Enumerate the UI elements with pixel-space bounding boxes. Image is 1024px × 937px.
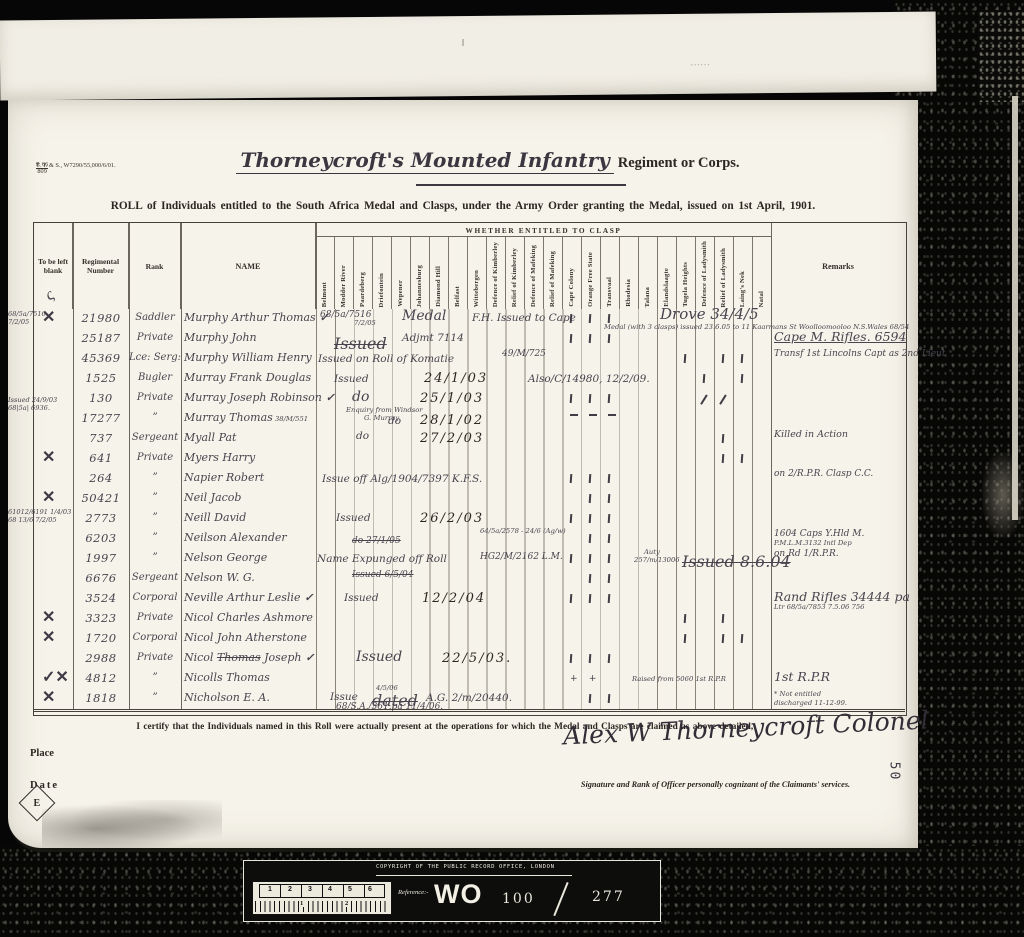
clasp-tick bbox=[570, 414, 578, 416]
clasp-tick bbox=[721, 434, 723, 443]
ruler-inch-scale: 12 bbox=[255, 901, 389, 912]
cell-rank: Private bbox=[129, 452, 181, 463]
cell-regimental-number: 3524 bbox=[73, 591, 129, 605]
table-row: 2988PrivateNicol Thomas Joseph ✓Issued22… bbox=[34, 649, 906, 669]
inscription: HG2/M/2162 L.M. bbox=[480, 552, 563, 562]
table-row: ✕3323PrivateNicol Charles Ashmore bbox=[34, 609, 906, 629]
inscription: Issued bbox=[344, 592, 379, 604]
inscription: Issue off Alg/1904/7397 K.F.S. bbox=[322, 473, 482, 485]
margin-note: Issued 24/9/0368|5a| 6936. bbox=[8, 396, 57, 412]
blank-column-mark: ✕ bbox=[42, 447, 55, 467]
clasp-tick: + bbox=[570, 674, 578, 684]
clasp-tick bbox=[683, 614, 685, 623]
remark-line: on 2/R.P.R. Clasp C.C. bbox=[774, 470, 905, 479]
clasp-tick bbox=[570, 394, 572, 403]
clasp-column: Johannesburg bbox=[410, 237, 429, 309]
cell-rank: ” bbox=[129, 532, 181, 543]
cell-rank: ” bbox=[129, 492, 181, 503]
ruler-inch-number: 2 bbox=[344, 900, 349, 907]
inscription: do bbox=[356, 430, 369, 442]
clasp-label: Defence of Ladysmith bbox=[702, 241, 709, 307]
ruler-cm-number: 1 bbox=[268, 886, 272, 893]
clasp-label: Elandslaagte bbox=[664, 268, 671, 307]
band-mark: ‖ bbox=[462, 38, 465, 49]
clasp-column: Modder River bbox=[334, 237, 353, 309]
cell-regimental-number: 6203 bbox=[73, 531, 129, 545]
inscription: 12/2/04 bbox=[422, 591, 486, 606]
margin-note-line: Issued 24/9/03 bbox=[8, 396, 57, 404]
cell-rank: ” bbox=[129, 692, 181, 703]
cell-regimental-number: 6676 bbox=[73, 571, 129, 585]
header-remarks: Remarks bbox=[771, 223, 905, 309]
remark-line: 1st R.P.R bbox=[774, 670, 905, 683]
margin-note-line: 68 13/6 7/2/05 bbox=[8, 516, 71, 524]
copyright-underline bbox=[376, 875, 572, 876]
blank-column-mark: ✕ bbox=[42, 687, 55, 707]
clasp-label: Driefontein bbox=[379, 273, 386, 307]
table-row: 6203”Neilson Alexanderdo 27/1/0564/5a/25… bbox=[34, 529, 906, 549]
medal-roll-table: WHETHER ENTITLED TO CLASP BelmontModder … bbox=[33, 222, 907, 716]
cell-rank: Corporal bbox=[129, 632, 181, 643]
table-row: 1997”Nelson GeorgeName Expunged off Roll… bbox=[34, 549, 906, 569]
table-row: ✕50421”Neil Jacob bbox=[34, 489, 906, 509]
ruler: 123456 12 bbox=[252, 881, 392, 915]
remark-line: Cape M. Rifles. 6594 bbox=[774, 330, 905, 343]
clasp-label: Tugela Heights bbox=[683, 262, 690, 307]
name-text: Nicol Charles Ashmore bbox=[184, 611, 313, 624]
clasp-tick bbox=[721, 354, 723, 363]
remarks-cell: on 2/R.P.R. Clasp C.C. bbox=[774, 470, 905, 479]
clasp-tick bbox=[589, 334, 591, 343]
inscription: Medal bbox=[402, 308, 446, 324]
clasp-label: Wepener bbox=[398, 280, 405, 307]
cell-regimental-number: 1525 bbox=[73, 371, 129, 385]
inscription: Drove 34/4/5 bbox=[660, 305, 759, 323]
clasp-tick bbox=[608, 334, 610, 343]
cell-name: Myers Harry bbox=[184, 451, 324, 464]
clasp-tick bbox=[740, 454, 742, 463]
clasp-tick bbox=[608, 554, 610, 563]
clasp-tick bbox=[608, 514, 610, 523]
name-text: Neville Arthur Leslie bbox=[184, 591, 300, 604]
ruler-cm-number: 6 bbox=[368, 886, 372, 893]
clasp-column: Defence of Mafeking bbox=[524, 237, 543, 309]
clasp-label: Cape Colony bbox=[569, 268, 576, 307]
clasp-tick bbox=[589, 394, 591, 403]
name-text: Neill David bbox=[184, 511, 246, 524]
reference-slash bbox=[553, 882, 568, 916]
table-row: 25187PrivateMurphy JohnIssuedAdjmt 7114C… bbox=[34, 329, 906, 349]
margin-note: 61012/6191 1/4/0368 13/6 7/2/05 bbox=[8, 508, 71, 524]
clasp-label: Paardeberg bbox=[360, 272, 367, 307]
clasp-tick bbox=[721, 454, 723, 463]
table-row: 2773”Neill DavidIssued26/2/03 bbox=[34, 509, 906, 529]
cell-name: Nelson W. G. bbox=[184, 571, 324, 584]
ruler-cm-number: 4 bbox=[328, 886, 332, 893]
cell-rank: Private bbox=[129, 392, 181, 403]
cell-name: Nicol John Atherstone bbox=[184, 631, 324, 644]
name-text: Neil Jacob bbox=[184, 491, 241, 504]
clasp-tick bbox=[608, 594, 610, 603]
title-underline bbox=[416, 184, 626, 186]
inscription: 49/M/725 bbox=[502, 349, 546, 359]
cell-rank: ” bbox=[129, 472, 181, 483]
ruler-cm-number: 5 bbox=[348, 886, 352, 893]
clasp-tick bbox=[700, 394, 707, 404]
clasp-tick: + bbox=[589, 674, 597, 684]
cell-rank: ” bbox=[129, 552, 181, 563]
cell-name: Neil Jacob bbox=[184, 491, 324, 504]
regiment-title-script: Thorneycroft's Mounted Infantry bbox=[236, 148, 613, 174]
cell-regimental-number: 50421 bbox=[73, 491, 129, 505]
cell-name: Napier Robert bbox=[184, 471, 324, 484]
clasp-column: Natal bbox=[752, 237, 771, 309]
header-name: NAME bbox=[181, 223, 316, 309]
clasp-tick bbox=[589, 554, 591, 563]
name-text: Napier Robert bbox=[184, 471, 264, 484]
cell-regimental-number: 3323 bbox=[73, 611, 129, 625]
clasp-column: Cape Colony bbox=[562, 237, 581, 309]
piece-number: 100 bbox=[502, 891, 535, 907]
remark-line: * Not entitled bbox=[774, 690, 905, 699]
cell-name: Myall Pat bbox=[184, 431, 324, 444]
remarks-cell: Cape M. Rifles. 6594 bbox=[774, 330, 905, 343]
cell-name: Nicholson E. A. bbox=[184, 691, 324, 704]
clasp-label: Defence of Mafeking bbox=[531, 245, 538, 307]
clasp-tick bbox=[702, 374, 704, 383]
table-row: ✕641PrivateMyers Harry bbox=[34, 449, 906, 469]
cell-regimental-number: 25187 bbox=[73, 331, 129, 345]
cell-rank: Private bbox=[129, 332, 181, 343]
clasp-column: Tugela Heights bbox=[676, 237, 695, 309]
inscription: do bbox=[388, 415, 401, 427]
name-text: Murray Frank Douglas bbox=[184, 371, 311, 384]
stamp-letter: E bbox=[34, 797, 41, 808]
blank-column-mark: ✓✕ bbox=[42, 667, 69, 687]
cell-name: Murray Frank Douglas bbox=[184, 371, 324, 384]
remark-line: Killed in Action bbox=[774, 430, 905, 439]
cell-regimental-number: 21980 bbox=[73, 311, 129, 325]
cell-regimental-number: 737 bbox=[73, 431, 129, 445]
name-text: Nicholson E. A. bbox=[184, 691, 270, 704]
clasp-tick bbox=[608, 314, 610, 323]
inscription: Adjmt 7114 bbox=[402, 332, 464, 344]
inscription: Name Expunged off Roll bbox=[317, 553, 447, 565]
cell-name: Nicolls Thomas bbox=[184, 671, 324, 684]
cell-rank: Corporal bbox=[129, 592, 181, 603]
clasp-tick bbox=[570, 654, 572, 663]
table-row: 6676SergeantNelson W. G.Issued 6/5/04 bbox=[34, 569, 906, 589]
cell-name: Murray Joseph Robinson ✓ bbox=[184, 391, 324, 404]
cell-regimental-number: 17277 bbox=[73, 411, 129, 425]
header-regimental-number: Regimental Number bbox=[73, 223, 129, 309]
clasp-column: Belfast bbox=[448, 237, 467, 309]
margin-note-line: 68/5a/7516 bbox=[8, 310, 46, 318]
scan-edge-sliver bbox=[1012, 96, 1018, 520]
table-row: 1525BuglerMurray Frank DouglasIssued24/1… bbox=[34, 369, 906, 389]
remarks-cell: 1604 Caps Y.Hld M.P.M.L.M.3132 Intl Dep bbox=[774, 530, 905, 548]
cell-regimental-number: 264 bbox=[73, 471, 129, 485]
band-smudge: ⋯⋯ bbox=[690, 60, 710, 71]
clasp-tick bbox=[721, 634, 723, 643]
table-row: ✕1720CorporalNicol John Atherstone bbox=[34, 629, 906, 649]
name-text: Murray Joseph Robinson bbox=[184, 391, 322, 404]
clasp-tick bbox=[589, 494, 591, 503]
clasp-tick bbox=[740, 354, 742, 363]
copyright-line: COPYRIGHT OF THE PUBLIC RECORD OFFICE, L… bbox=[376, 864, 576, 870]
clasp-tick bbox=[608, 414, 616, 416]
name-text: Murphy John bbox=[184, 331, 257, 344]
name-text: Murphy Arthur Thomas bbox=[184, 311, 316, 324]
name-text: Joseph bbox=[261, 651, 302, 664]
inscription: Issued 6/5/04 bbox=[352, 570, 414, 580]
header-rank: Rank bbox=[129, 223, 181, 309]
header-blank-label: To be left blank bbox=[36, 257, 70, 275]
inscription: 22/5/03. bbox=[442, 651, 512, 666]
header-number-label: Regimental Number bbox=[75, 257, 126, 275]
name-struck: Thomas bbox=[217, 651, 261, 664]
table-row: 17277”Murray Thomas 38/M/551Enquiry from… bbox=[34, 409, 906, 429]
clasp-column: Driefontein bbox=[372, 237, 391, 309]
clasp-tick bbox=[589, 594, 591, 603]
clasp-label: Transvaal bbox=[607, 277, 614, 307]
clasp-tick bbox=[608, 574, 610, 583]
remark-line: P.M.L.M.3132 Intl Dep bbox=[774, 539, 905, 548]
clasp-column: Relief of Ladysmith bbox=[714, 237, 733, 309]
name-text: Murphy William Henry bbox=[184, 351, 312, 364]
clasp-column: Defence of Kimberley bbox=[486, 237, 505, 309]
clasp-column: Laing's Nek bbox=[733, 237, 752, 309]
clasp-column: Wittebergen bbox=[467, 237, 486, 309]
cell-regimental-number: 1818 bbox=[73, 691, 129, 705]
clasp-tick bbox=[608, 654, 610, 663]
cell-name: Neill David bbox=[184, 511, 324, 524]
clasp-label: Belmont bbox=[322, 282, 329, 307]
clasp-label: Talana bbox=[645, 287, 652, 307]
clasp-tick bbox=[608, 694, 610, 703]
clasp-tick bbox=[589, 414, 597, 416]
inscription: 64/5a/2578 - 24/6 (Ag/w) bbox=[480, 527, 566, 535]
inscription: Auty bbox=[644, 548, 660, 556]
footer-plate: COPYRIGHT OF THE PUBLIC RECORD OFFICE, L… bbox=[243, 860, 661, 922]
cell-name: Neilson Alexander bbox=[184, 531, 324, 544]
clasp-tick bbox=[589, 514, 591, 523]
cell-name: Nicol Thomas Joseph ✓ bbox=[184, 651, 324, 664]
clasp-tick bbox=[589, 654, 591, 663]
inscription: 26/2/03 bbox=[420, 511, 484, 526]
clasp-tick bbox=[589, 314, 591, 323]
ruler-cm-number: 2 bbox=[288, 886, 292, 893]
remark-line: Rand Rifles 34444 pa bbox=[774, 590, 905, 603]
form-no-bottom: 809 bbox=[36, 169, 48, 175]
reference-label: Reference:- bbox=[398, 889, 429, 896]
name-text: Murray Thomas bbox=[184, 411, 273, 424]
item-number: 277 bbox=[592, 889, 625, 905]
inscription: Issued on Roll of Komatie bbox=[318, 353, 454, 365]
clasp-tick bbox=[589, 534, 591, 543]
series-code: WO bbox=[434, 879, 483, 910]
clasp-label: Johannesburg bbox=[417, 265, 424, 307]
name-checkmark: ✓ bbox=[300, 591, 313, 604]
previous-page-edge: ‖ ⋯⋯ bbox=[0, 12, 936, 101]
clasp-tick bbox=[589, 574, 591, 583]
ruler-inch-number: 1 bbox=[299, 900, 304, 907]
clasp-column: Wepener bbox=[391, 237, 410, 309]
cell-regimental-number: 2988 bbox=[73, 651, 129, 665]
header-rank-label: Rank bbox=[146, 262, 164, 271]
cell-regimental-number: 130 bbox=[73, 391, 129, 405]
table-row: ✕1818”Nicholson E. A.Issuedated4/5/06A.G… bbox=[34, 689, 906, 709]
clasp-label: Rhodesia bbox=[626, 279, 633, 307]
clasp-tick bbox=[570, 594, 572, 603]
cell-name: Murphy William Henry bbox=[184, 351, 324, 364]
name-text: Nicol bbox=[184, 651, 217, 664]
page-number: 50 bbox=[886, 762, 901, 782]
clasp-column: Defence of Ladysmith bbox=[695, 237, 714, 309]
cell-name: Murphy John bbox=[184, 331, 324, 344]
roll-heading: ROLL of Individuals entitled to the Sout… bbox=[8, 200, 918, 212]
cell-rank: ” bbox=[129, 412, 181, 423]
clasp-label: Natal bbox=[759, 291, 766, 307]
cell-regimental-number: 641 bbox=[73, 451, 129, 465]
clasp-label: Laing's Nek bbox=[740, 271, 747, 307]
header-name-label: NAME bbox=[235, 262, 260, 271]
cell-name: Murray Thomas 38/M/551 bbox=[184, 411, 324, 424]
clasp-tick bbox=[608, 394, 610, 403]
clasp-tick bbox=[683, 354, 685, 363]
inscription: 25/1/03 bbox=[420, 391, 484, 406]
clasp-tick bbox=[589, 694, 591, 703]
cell-rank: Sergeant bbox=[129, 432, 181, 443]
form-reference: T. T. & S., W7290/55,000/6/01. P. 66 809 bbox=[36, 162, 48, 176]
clasp-label: Diamond Hill bbox=[436, 266, 443, 307]
clasp-label: Relief of Mafeking bbox=[550, 251, 557, 307]
inscription: 28/1/02 bbox=[420, 413, 484, 428]
inscription: 27/2/03 bbox=[420, 431, 484, 446]
inscription: 4/5/06 bbox=[376, 684, 398, 692]
cell-rank: Bugler bbox=[129, 372, 181, 383]
ruler-cm-number: 3 bbox=[308, 886, 312, 893]
remark-line: on Rd 1/R.P.R. bbox=[774, 550, 905, 559]
scanned-medal-roll: { "page": { "form_ref": "T. T. & S., W72… bbox=[0, 0, 1024, 937]
table-row: 264”Napier RobertIssue off Alg/1904/7397… bbox=[34, 469, 906, 489]
table-row: ✓✕4812”Nicolls ThomasRaised from 5060 1s… bbox=[34, 669, 906, 689]
clasp-label: Relief of Kimberley bbox=[512, 248, 519, 307]
scan-noise-top-right bbox=[978, 10, 1024, 102]
clasp-label: Modder River bbox=[341, 265, 348, 307]
table-row: ✕21980SaddlerMurphy Arthur Thomas ✓68/5a… bbox=[34, 309, 906, 329]
remarks-cell: on Rd 1/R.P.R. bbox=[774, 550, 905, 559]
inscription: Issued bbox=[356, 649, 402, 665]
cell-regimental-number: 2773 bbox=[73, 511, 129, 525]
inscription: Issued bbox=[334, 373, 369, 385]
clasp-column: Relief of Mafeking bbox=[543, 237, 562, 309]
cell-regimental-number: 1720 bbox=[73, 631, 129, 645]
cell-name: Murphy Arthur Thomas ✓ bbox=[184, 311, 324, 324]
blank-column-mark: ✕ bbox=[42, 627, 55, 647]
clasp-column: Orange Free State bbox=[581, 237, 600, 309]
cell-name: Nicol Charles Ashmore bbox=[184, 611, 324, 624]
clasp-tick bbox=[608, 494, 610, 503]
table-row: 737SergeantMyall Patdo27/2/03Killed in A… bbox=[34, 429, 906, 449]
cell-rank: Lce: Serg: bbox=[129, 352, 181, 363]
cell-rank: ” bbox=[129, 672, 181, 683]
clasp-label: Belfast bbox=[455, 286, 462, 307]
clasp-column: Paardeberg bbox=[353, 237, 372, 309]
inscription: 257/m/13006 bbox=[634, 556, 680, 564]
clasp-column: Diamond Hill bbox=[429, 237, 448, 309]
cell-rank: ” bbox=[129, 512, 181, 523]
clasp-column: Talana bbox=[638, 237, 657, 309]
clasp-column: Belmont bbox=[316, 237, 334, 309]
cell-regimental-number: 4812 bbox=[73, 671, 129, 685]
clasp-tick bbox=[721, 614, 723, 623]
cell-regimental-number: 1997 bbox=[73, 551, 129, 565]
cell-name: Nelson George bbox=[184, 551, 324, 564]
clasp-tick bbox=[570, 474, 572, 483]
margin-note-line: 68|5a| 6936. bbox=[8, 404, 57, 412]
remarks-cell: * Not entitleddischarged 11-12-99. bbox=[774, 690, 905, 708]
clasp-tick bbox=[608, 474, 610, 483]
margin-note: 68/5a/75167/2/05 bbox=[8, 310, 46, 326]
inscription: do 27/1/05 bbox=[352, 536, 401, 546]
inscription: Raised from 5060 1st R.P.R bbox=[632, 675, 726, 683]
cell-rank: Sergeant bbox=[129, 572, 181, 583]
clasp-label: Defence of Kimberley bbox=[493, 242, 500, 307]
inscription: 24/1/03 bbox=[424, 371, 488, 386]
clasp-label: Orange Free State bbox=[588, 252, 595, 307]
blank-column-mark: ✕ bbox=[42, 607, 55, 627]
clasp-tick bbox=[570, 554, 572, 563]
inscription: Issued bbox=[336, 512, 371, 524]
inscription: Also/C/14980, 12/2/09. bbox=[528, 373, 650, 385]
clasp-tick bbox=[608, 534, 610, 543]
remark-line: Transf 1st Lincolns Capt as 2nd Lieut bbox=[774, 350, 905, 359]
clasp-column: Transvaal bbox=[600, 237, 619, 309]
clasp-columns: BelmontModder RiverPaardebergDriefontein… bbox=[316, 237, 771, 309]
clasp-tick bbox=[719, 394, 726, 404]
clasp-tick bbox=[570, 334, 572, 343]
name-text: Nicol John Atherstone bbox=[184, 631, 307, 644]
table-row: 3524CorporalNeville Arthur Leslie ✓Issue… bbox=[34, 589, 906, 609]
page-sheet: T. T. & S., W7290/55,000/6/01. P. 66 809… bbox=[8, 100, 918, 852]
name-checkmark: ✓ bbox=[322, 391, 335, 404]
remarks-cell: Killed in Action bbox=[774, 430, 905, 439]
table-row: 45369Lce: Serg:Murphy William HenryIssue… bbox=[34, 349, 906, 369]
clasp-tick bbox=[589, 474, 591, 483]
clasp-tick bbox=[740, 634, 742, 643]
table-banner: WHETHER ENTITLED TO CLASP bbox=[316, 223, 771, 237]
name-text: Myall Pat bbox=[184, 431, 236, 444]
inscription: F.H. Issued to Cape bbox=[472, 312, 576, 324]
header-remarks-label: Remarks bbox=[822, 262, 854, 271]
regiment-title-printed: Regiment or Corps. bbox=[618, 155, 740, 171]
name-annotation: 38/M/551 bbox=[273, 415, 308, 423]
name-text: Nelson W. G. bbox=[184, 571, 255, 584]
table-row: 130PrivateMurray Joseph Robinson ✓do25/1… bbox=[34, 389, 906, 409]
clasp-column: Elandslaagte bbox=[657, 237, 676, 309]
cell-rank: Private bbox=[129, 612, 181, 623]
regiment-title: Thorneycroft's Mounted Infantry Regiment… bbox=[198, 148, 778, 172]
margin-note-line: 61012/6191 1/4/03 bbox=[8, 508, 71, 516]
remarks-cell: 1st R.P.R bbox=[774, 670, 905, 683]
cell-name: Neville Arthur Leslie ✓ bbox=[184, 591, 324, 604]
inscription: 7/2/05 bbox=[354, 319, 376, 327]
blank-column-mark: ✕ bbox=[42, 487, 55, 507]
clasp-tick bbox=[740, 374, 742, 383]
margin-note-line: 7/2/05 bbox=[8, 318, 46, 326]
inscription: Enquiry from Windsor bbox=[346, 406, 423, 414]
